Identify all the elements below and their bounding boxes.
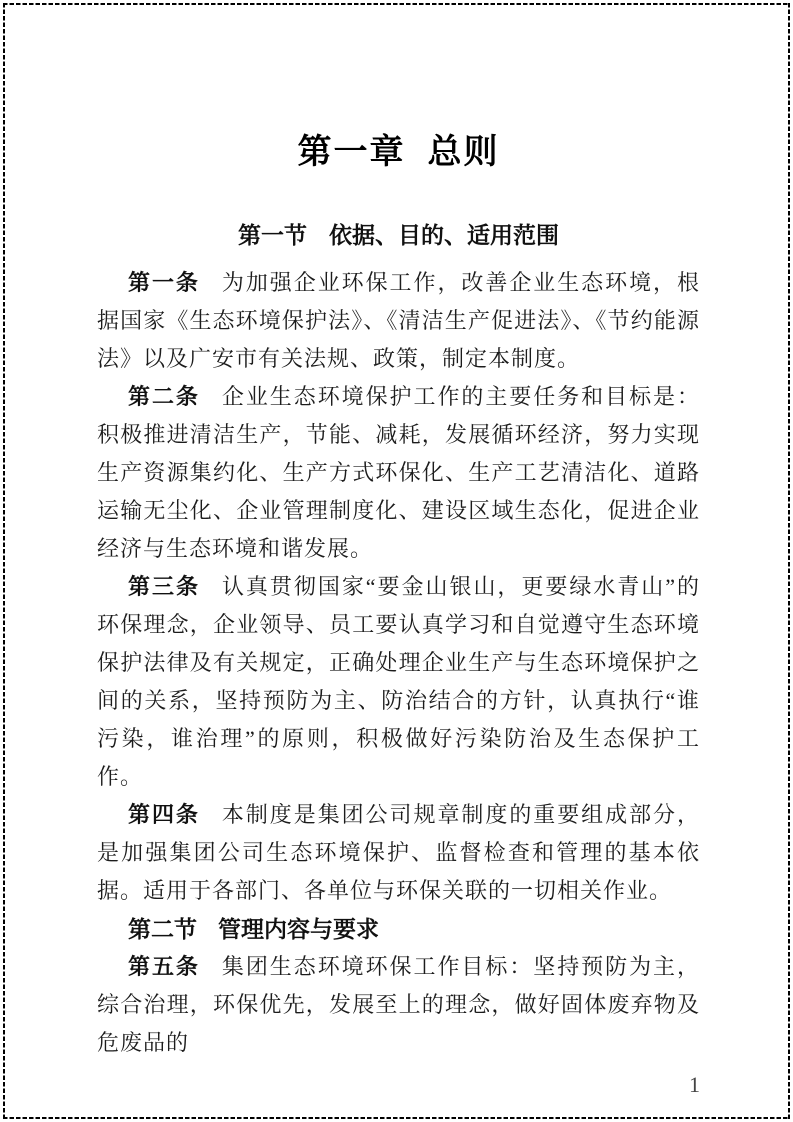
article-5-number: 第五条 bbox=[128, 954, 200, 979]
article-3-number: 第三条 bbox=[128, 574, 200, 599]
article-1-number: 第一条 bbox=[128, 270, 200, 295]
section-2-label: 第二节 bbox=[128, 916, 197, 942]
section-2-title: 管理内容与要求 bbox=[218, 916, 379, 942]
section-1-title: 依据、目的、适用范围 bbox=[329, 222, 559, 248]
article-4-number: 第四条 bbox=[128, 802, 200, 827]
section-1-heading: 第一节依据、目的、适用范围 bbox=[97, 216, 700, 254]
section-1-label: 第一节 bbox=[238, 222, 307, 248]
article-2-paragraph: 第二条企业生态环境保护工作的主要任务和目标是：积极推进清洁生产，节能、减耗，发展… bbox=[97, 378, 700, 568]
document-page: { "document": { "chapter": { "label": "第… bbox=[0, 0, 793, 1122]
article-3-paragraph: 第三条认真贯彻国家“要金山银山，更要绿水青山”的环保理念，企业领导、员工要认真学… bbox=[97, 568, 700, 796]
section-2-heading: 第二节管理内容与要求 bbox=[97, 910, 700, 948]
article-5-paragraph: 第五条集团生态环境环保工作目标：坚持预防为主，综合治理，环保优先，发展至上的理念… bbox=[97, 948, 700, 1062]
article-2-number: 第二条 bbox=[128, 384, 200, 409]
page-number: 1 bbox=[97, 1068, 700, 1102]
chapter-title: 第一章总则 bbox=[97, 130, 700, 174]
chapter-label: 第一章 bbox=[298, 133, 406, 171]
article-3-text: 认真贯彻国家“要金山银山，更要绿水青山”的环保理念，企业领导、员工要认真学习和自… bbox=[97, 574, 700, 789]
article-1-paragraph: 第一条为加强企业环保工作，改善企业生态环境，根据国家《生态环境保护法》、《清洁生… bbox=[97, 264, 700, 378]
article-4-paragraph: 第四条本制度是集团公司规章制度的重要组成部分，是加强集团公司生态环境保护、监督检… bbox=[97, 796, 700, 910]
page-content: 第一章总则 第一节依据、目的、适用范围 第一条为加强企业环保工作，改善企业生态环… bbox=[0, 0, 793, 1102]
chapter-name: 总则 bbox=[428, 133, 500, 171]
article-2-text: 企业生态环境保护工作的主要任务和目标是：积极推进清洁生产，节能、减耗，发展循环经… bbox=[97, 384, 700, 561]
